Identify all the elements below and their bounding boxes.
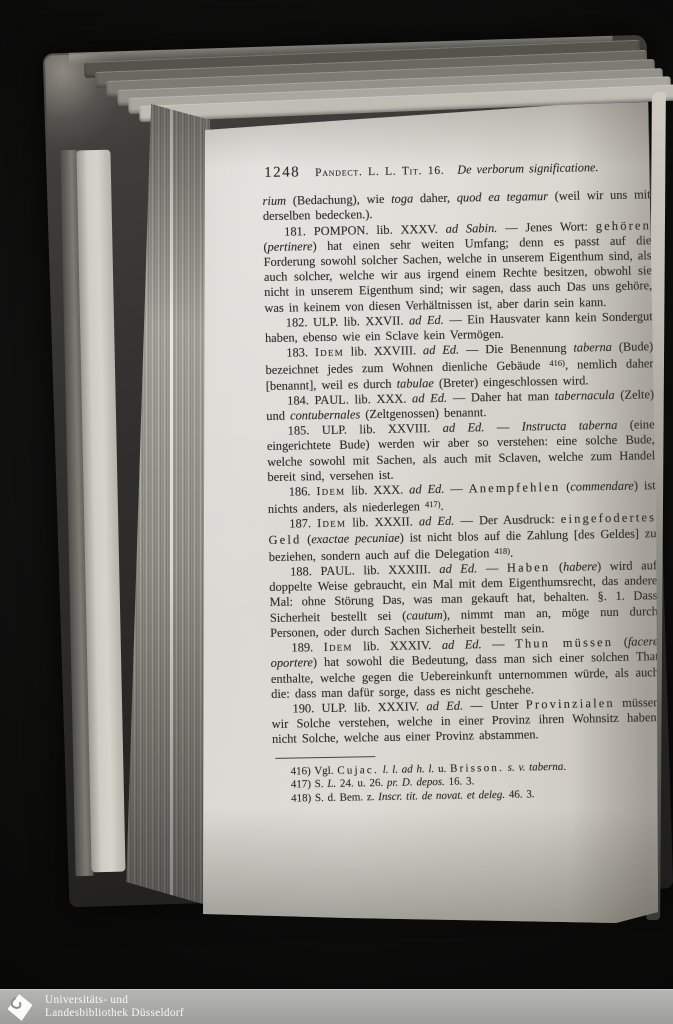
text-segment: Instructa taberna xyxy=(522,418,618,434)
text-segment: — xyxy=(444,482,468,496)
text-segment: Provinzialen xyxy=(526,696,615,712)
text-segment: 183. xyxy=(286,345,315,359)
text-segment: exactae pecuniae xyxy=(311,530,400,546)
text-segment: (Bedachung), wie xyxy=(286,192,391,208)
text-segment: 186. xyxy=(289,484,317,498)
text-segment: — Unter xyxy=(463,697,526,712)
text-segment: ad Sabin. xyxy=(446,221,498,236)
text-segment: ( xyxy=(550,560,563,574)
text-segment: Brisson. xyxy=(450,761,504,774)
text-segment: 418) xyxy=(494,546,510,556)
text-segment: l. l. ad h. l. xyxy=(383,763,435,776)
text-segment: tabernacula xyxy=(555,388,615,403)
paragraph: 190. ULP. lib. XXXIV. ad Ed. — Unter Pro… xyxy=(271,695,660,747)
text-segment: pertinere xyxy=(267,239,312,254)
text-segment: — xyxy=(484,420,521,435)
text-segment: u. xyxy=(434,762,450,774)
text-segment: lib. XXX. xyxy=(345,483,409,498)
text-segment: — Jenes Wort: xyxy=(497,219,596,235)
text-segment: 182. ULP. lib. XXVII. xyxy=(286,313,409,329)
page-number: 1248 xyxy=(264,165,300,181)
text-segment: tabulae xyxy=(397,376,434,391)
text-segment: ( xyxy=(301,532,311,546)
text-segment: Haben xyxy=(507,560,551,575)
text-segment: ad Ed. xyxy=(442,637,482,652)
text-segment: Thun müssen xyxy=(515,635,613,651)
scan-viewport: 1248 Pandect. L. L. Tit. 16. De verborum… xyxy=(0,0,673,1024)
text-segment: 417) xyxy=(425,499,441,509)
text-segment: ad Ed. xyxy=(412,391,447,406)
text-segment: s. v. taberna xyxy=(508,760,564,773)
text-segment: Cujac. xyxy=(337,764,379,777)
text-segment: taberna xyxy=(573,340,612,355)
text-segment: pr. D. depos. xyxy=(387,776,445,789)
text-segment: ) hat einen sehr weiten Umfang; denn es … xyxy=(264,233,653,315)
text-segment: ad Ed. xyxy=(443,420,485,435)
text-segment: ad Ed. xyxy=(439,561,477,576)
text-segment: contubernales xyxy=(290,407,360,422)
text-segment: gehören xyxy=(596,218,652,233)
ulb-logo-icon xyxy=(5,993,35,1022)
text-segment: 24. u. 26. xyxy=(336,777,387,790)
paragraph: 185. ULP. lib. XXVIII. ad Ed. — Instruct… xyxy=(267,417,656,485)
running-title: Pandect. L. L. Tit. 16. xyxy=(315,163,445,180)
text-segment: ) hat sowohl die Bedeutung, dass man sic… xyxy=(271,649,659,700)
text-segment: ( xyxy=(613,635,628,649)
text-segment: Idem xyxy=(324,640,353,655)
text-segment: lib. XXXII. xyxy=(346,515,419,530)
text-segment: 188. PAUL. lib. XXXIII. xyxy=(290,562,439,579)
library-watermark-bar: Universitäts- und Landesbibliothek Düsse… xyxy=(0,989,673,1024)
paragraph: 189. Idem lib. XXXIV. ad Ed. — Thun müss… xyxy=(270,634,659,702)
text-segment: — Daher hat man xyxy=(447,389,555,405)
paragraph: 181. POMPON. lib. XXXV. ad Sabin. — Jene… xyxy=(263,218,653,316)
text-segment: ad Ed. xyxy=(409,313,444,328)
text-segment: Anempfehlen xyxy=(469,480,561,496)
paragraph: 183. Idem lib. XXVIII. ad Ed. — Die Bene… xyxy=(265,339,654,393)
text-segment: ( xyxy=(560,480,570,494)
text-segment: — Die Benennung xyxy=(459,341,573,357)
text-segment: habere xyxy=(563,559,597,574)
text-segment: cautum xyxy=(406,608,443,623)
text-segment: 418) S. d. Bem. z. xyxy=(291,791,378,805)
text-segment: — Der Ausdruck: xyxy=(454,512,561,528)
text-segment: . xyxy=(563,760,566,772)
text-segment: toga xyxy=(391,192,413,206)
text-segment: 181. POMPON. lib. XXXV. xyxy=(284,221,446,238)
text-segment: . xyxy=(440,499,443,513)
page-content: 1248 Pandect. L. L. Tit. 16. De verborum… xyxy=(262,159,661,807)
text-segment: 185. ULP. lib. XXVIII. xyxy=(288,421,443,438)
text-segment: daher, xyxy=(413,191,457,206)
text-segment: ad Ed. xyxy=(419,514,455,529)
footnotes: 416) Vgl. Cujac. l. l. ad h. l. u. Briss… xyxy=(272,759,661,807)
text-segment: commendare xyxy=(570,479,634,494)
text-segment: Idem xyxy=(316,484,345,499)
text-segment: — xyxy=(477,561,507,576)
text-segment: (Breter) eingeschlossen wird. xyxy=(434,373,589,390)
text-segment: 184. PAUL. lib. XXX. xyxy=(287,391,412,407)
watermark-text: Universitäts- und Landesbibliothek Düsse… xyxy=(45,994,184,1021)
text-segment: . xyxy=(510,546,513,560)
running-subtitle: De verborum significatione. xyxy=(457,160,598,178)
body-text: rium (Bedachung), wie toga daher, quod e… xyxy=(262,187,660,747)
text-segment: 46. 3. xyxy=(505,788,535,801)
text-segment: ad Ed. xyxy=(426,698,463,713)
text-segment: rium xyxy=(262,194,286,208)
text-segment: 189. xyxy=(291,640,323,655)
text-segment: 190. ULP. lib. XXXIV. xyxy=(292,699,426,715)
text-segment: 187. xyxy=(289,517,317,531)
text-segment: 416) xyxy=(549,358,565,368)
text-segment: quod ea tegamur xyxy=(457,189,548,205)
footnote-separator xyxy=(275,756,375,759)
paragraph: 188. PAUL. lib. XXXIII. ad Ed. — Haben (… xyxy=(269,558,658,641)
text-segment: — xyxy=(482,637,516,652)
text-segment: lib. XXXIV. xyxy=(353,638,442,654)
watermark-line-1: Universitäts- und xyxy=(45,994,184,1007)
text-segment: 16. 3. xyxy=(445,776,475,789)
text-segment: 417) S. xyxy=(291,778,328,791)
text-segment: (Zeltgenossen) benannt. xyxy=(360,405,486,421)
text-segment: Idem xyxy=(315,345,344,360)
text-segment: Idem xyxy=(317,516,346,531)
book-page: 1248 Pandect. L. L. Tit. 16. De verborum… xyxy=(148,92,663,925)
text-segment: ad Ed. xyxy=(423,343,459,358)
page-header: 1248 Pandect. L. L. Tit. 16. De verborum… xyxy=(264,159,648,181)
text-segment: 416) Vgl. xyxy=(290,764,337,777)
text-segment: ad Ed. xyxy=(409,482,444,497)
watermark-line-2: Landesbibliothek Düsseldorf xyxy=(45,1007,184,1020)
text-segment: Inscr. tit. de novat. et deleg. xyxy=(378,789,505,803)
paragraph: 187. Idem lib. XXXII. ad Ed. — Der Ausdr… xyxy=(268,511,657,565)
text-segment: lib. XXVIII. xyxy=(344,343,423,358)
